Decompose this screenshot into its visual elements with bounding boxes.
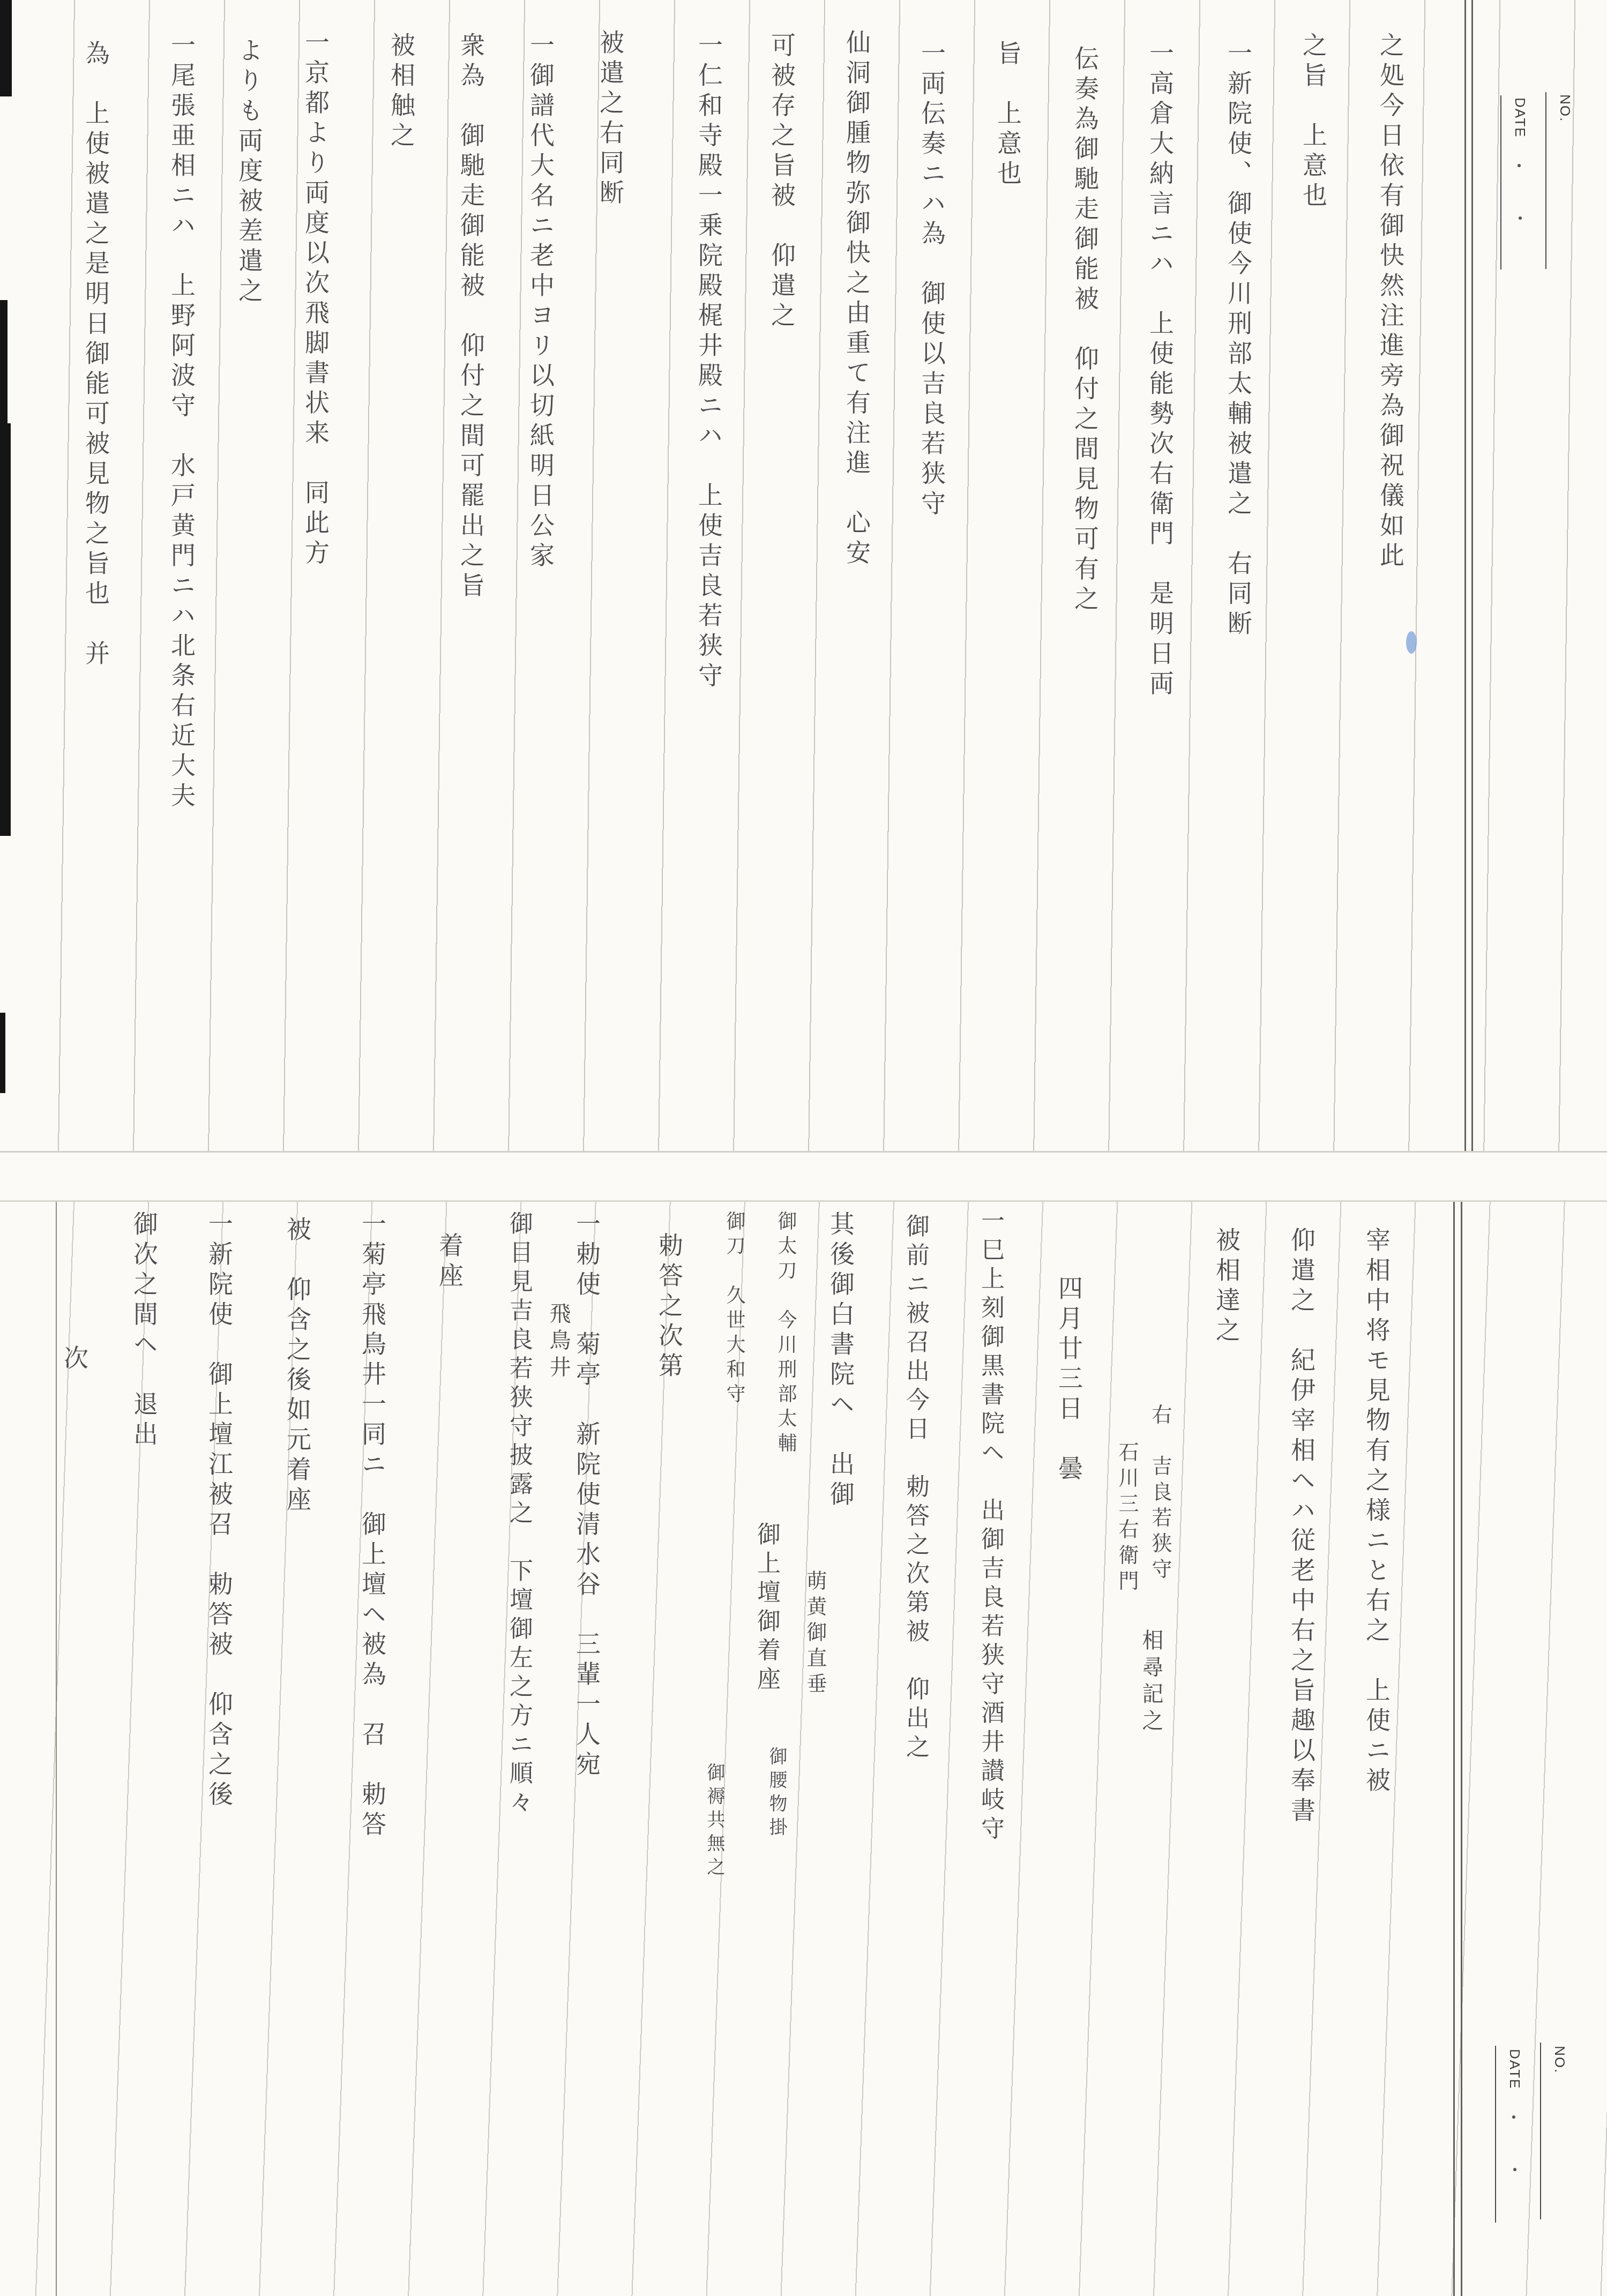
handwritten-column: 御前ニ被召出今日 勅答之次第被 仰出之 [903,1214,927,1763]
handwritten-column: 之処今日依有御快然注進旁為御祝儀如此 [1378,32,1403,572]
handwritten-column: 被遣之右同断 [598,29,623,210]
handwritten-column: 一新院使、御使今川刑部太輔被遣之 右同断 [1226,40,1251,640]
handwritten-column: 勅答之次第 [657,1232,682,1382]
handwritten-column: 一京都より両度以次飛脚書状来 同此方 [303,29,328,570]
handwritten-column: 御上壇御着座 [754,1522,778,1695]
handwritten-column: 一巳上刻御黒書院ヘ 出御吉良若狭守酒井讃岐守 [978,1208,1002,1845]
handwritten-column: 一高倉大納言ニハ 上使能勢次右衛門 是明日両 [1148,40,1172,700]
handwritten-column: 飛鳥井 [548,1302,569,1382]
handwritten-column: 萌黄御直垂 [805,1570,825,1699]
handwritten-column: 御太刀 今川刑部太輔 [776,1211,795,1457]
date-separator-dot [1512,2115,1515,2119]
no-field-line [1540,2043,1541,2219]
date-label: DATE [1506,2049,1523,2089]
handwritten-column: 為 上使被遣之是明日御能可被見物之旨也 并 [84,40,108,670]
handwritten-column: 之旨 上意也 [1301,32,1326,212]
no-label: NO. [1551,2046,1568,2074]
handwritten-column: 衆為 御馳走御能被 仰付之間可罷出之旨 [459,32,483,602]
margin-line [56,1201,57,2296]
date-separator-dot [1519,216,1522,220]
scan-edge-artifact [0,300,8,423]
margin-line [1471,0,1473,1152]
handwritten-column: 御次之間ヘ 退出 [132,1211,156,1451]
handwritten-column: 一御譜代大名ニ老中ヨリ以切紙明日公家 [528,32,553,572]
handwritten-column: 右 吉良若狭守 [1150,1404,1170,1584]
handwritten-column: 仙洞御腫物弥御快之由重て有注進 心安 [844,29,869,570]
handwritten-column: 宰相中将モ見物有之様ニと右之 上使ニ被 [1364,1227,1389,1797]
scan-edge-artifact [0,1013,5,1093]
date-separator-dot [1518,164,1521,167]
handwritten-column: 可被存之旨被 仰遣之 [769,32,794,332]
date-field-line [1500,95,1501,270]
handwritten-column: 仰遣之 紀伊宰相ヘハ従老中右之旨趣以奉書 [1289,1227,1314,1827]
margin-line [1464,0,1466,1152]
date-label: DATE [1512,98,1528,138]
handwritten-column: 一菊亭飛鳥井一同ニ 御上壇ヘ被為 召 勅答 [360,1211,385,1841]
handwritten-column: 旨 上意也 [996,40,1020,190]
page-edge-line [0,1151,1607,1153]
handwritten-column: 御腰物掛 [767,1747,786,1841]
handwritten-column: 一新院使 御上壇江被召 勅答被 仰含之後 [207,1211,231,1811]
page-edge-line [0,1200,1607,1202]
handwritten-column: 石川三右衛門 [1117,1441,1137,1596]
no-field-line [1545,92,1546,269]
ink-smudge [1406,631,1417,654]
handwritten-column: 其後御白書院ヘ 出御 [828,1211,853,1511]
handwritten-column: 被相触之 [389,32,414,152]
handwritten-column: 一勅使 菊亭 新院使清水谷 三輩一人宛 [574,1211,599,1781]
handwritten-column: 一仁和寺殿一乗院殿梶井殿ニハ 上使吉良若狭守 [697,32,721,692]
handwritten-column: 次 [62,1345,87,1375]
handwritten-column: よりも両度被差遣之 [237,38,261,308]
scan-edge-artifact [0,423,11,836]
handwritten-column: 着座 [437,1232,462,1292]
handwritten-column: 御刀 久世大和守 [724,1211,744,1408]
scan-edge-artifact [0,0,12,96]
handwritten-column: 御目見吉良若狭守披露之 下壇御左之方ニ順々 [507,1211,530,1819]
handwritten-column: 被相達之 [1214,1227,1239,1347]
handwritten-column: 被 仰含之後如元着座 [285,1216,310,1516]
margin-line [1453,1201,1455,2296]
handwritten-column: 御褥共無之 [705,1763,723,1881]
scanned-notebook-document: NO. DATE NO. DATE 之処今日依有御快然注進旁為御祝儀如此之旨 上… [0,0,1607,2296]
handwritten-column: 相尋記之 [1140,1629,1162,1736]
date-field-line [1495,2046,1496,2223]
margin-line [1461,1201,1462,2296]
handwritten-column: 一尾張亜相ニハ 上野阿波守 水戸黄門ニハ北条右近大夫 [169,32,194,812]
handwritten-column: 伝奏為御馳走御能被 仰付之間見物可有之 [1073,46,1097,616]
date-separator-dot [1513,2168,1516,2171]
handwritten-column: 四月廿三日 曇 [1057,1275,1081,1485]
no-label: NO. [1557,94,1573,122]
handwritten-column: 一両伝奏ニハ為 御使以吉良若狭守 [920,40,944,520]
